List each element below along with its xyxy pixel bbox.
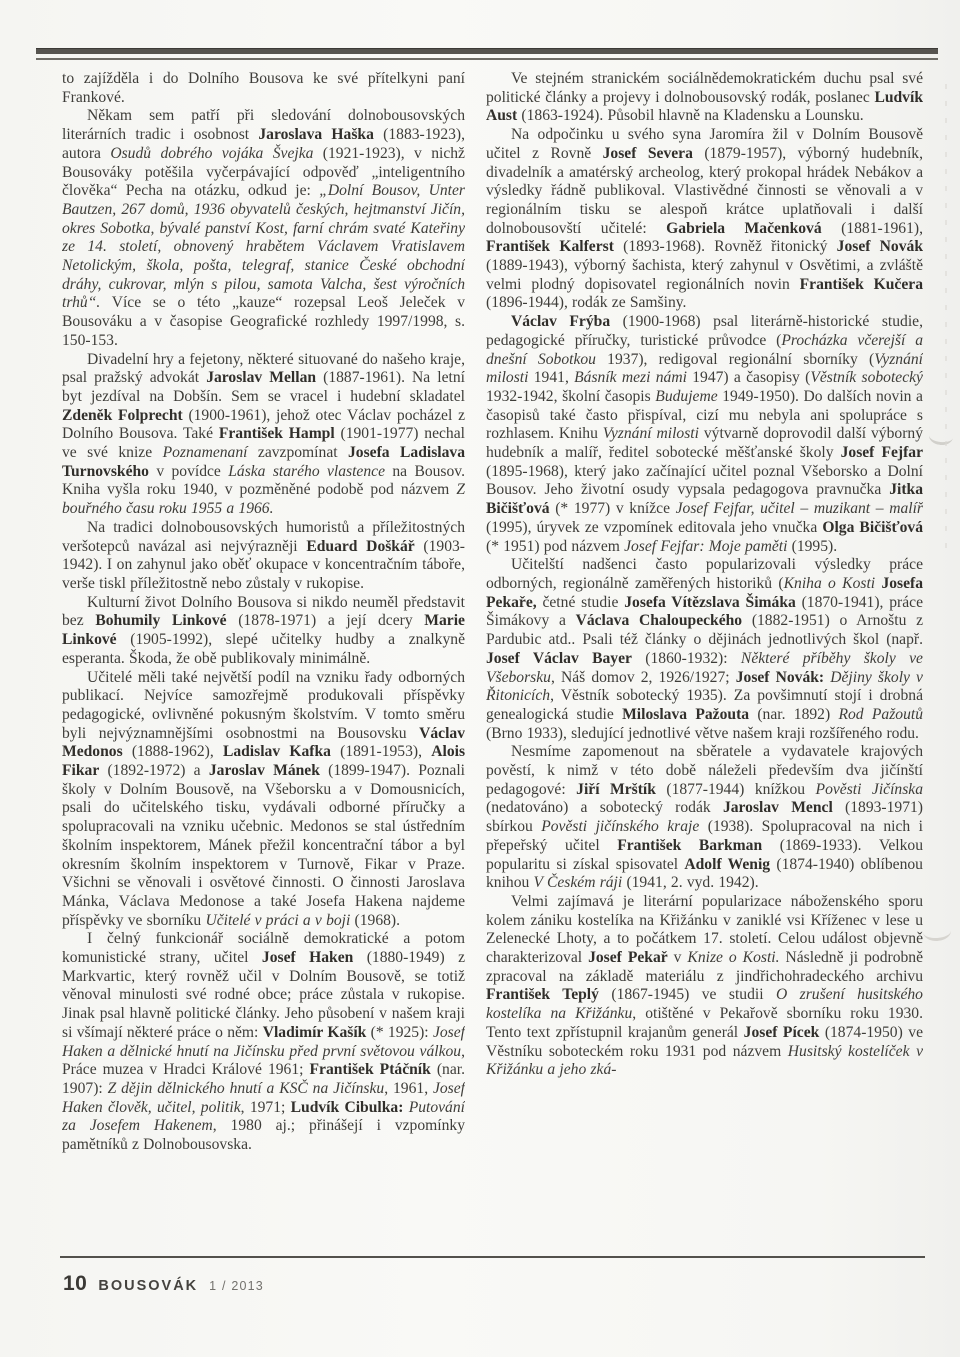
person-name: František Kučera: [800, 276, 923, 293]
person-name: Jaroslav Mencl: [723, 799, 833, 816]
paragraph: Václav Frýba (1900-1968) psal literárně-…: [486, 313, 923, 556]
page-footer: 10 BOUSOVÁK 1 / 2013: [63, 1272, 264, 1296]
scan-artifact: [922, 921, 951, 942]
right-column: Ve stejném stranickém sociálnědemokratic…: [486, 70, 923, 1252]
body-text: (1896-1944), rodák ze Samšiny.: [486, 294, 686, 311]
body-text: zavzpomínat: [247, 444, 348, 461]
work-title: Vyznání milosti: [603, 425, 699, 442]
person-name: Václav Frýba: [511, 313, 610, 330]
person-name: František Teplý: [486, 986, 599, 1003]
work-title: Josef Fejfar: Moje paměti: [624, 538, 787, 555]
person-name: František Ptáčník: [310, 1061, 431, 1078]
person-name: Josef Fejfar: [841, 444, 923, 461]
person-name: Olga Bičišťová: [822, 519, 923, 536]
body-text: , Náš domov 2, 1926/1927;: [551, 669, 736, 686]
work-title: V Českém ráji: [534, 874, 623, 891]
left-column: to zajížděla i do Dolního Bousova ke své…: [62, 70, 465, 1252]
body-text: 1941,: [528, 369, 574, 386]
person-name: Gabriela Mačenková: [666, 220, 821, 237]
body-text: (1941, 2. vyd. 1942).: [622, 874, 758, 891]
body-text: (1968).: [350, 912, 400, 929]
person-name: Jiří Mrštík: [576, 781, 656, 798]
work-title: Knize o Kosti.: [687, 949, 779, 966]
person-name: Eduard Doškář: [306, 538, 414, 555]
body-text: četné studie: [537, 594, 625, 611]
person-name: Josef Severa: [603, 145, 693, 162]
magazine-title: BOUSOVÁK: [98, 1278, 198, 1294]
paragraph: I čelný funkcionář sociálně demokratické…: [62, 930, 465, 1154]
body-text: (1860-1932):: [632, 650, 741, 667]
paragraph: Na tradici dolnobousovských humoristů a …: [62, 519, 465, 594]
work-title: Láska starého vlastence: [228, 463, 385, 480]
work-title: Osudů dobrého vojáka Švejka: [110, 145, 313, 162]
person-name: Josef Václav Bayer: [486, 650, 632, 667]
work-title: Pověsti Jičínska: [816, 781, 923, 798]
paragraph: Kulturní život Dolního Bousova si nikdo …: [62, 594, 465, 669]
person-name: Zdeněk Folprecht: [62, 407, 183, 424]
person-name: Ladislav Kafka: [223, 743, 331, 760]
person-name: Jaroslava Haška: [258, 126, 374, 143]
scan-artifact: [945, 84, 947, 554]
paragraph: Divadelní hry a fejetony, některé situov…: [62, 351, 465, 519]
body-text: 1937), redigoval regionální sborníky (: [596, 351, 874, 368]
body-text: (1995).: [787, 538, 837, 555]
person-name: Josefa Vítězslava Šimáka: [624, 594, 796, 611]
body-text: (1995), úryvek ze vzpomínek editovala je…: [486, 519, 822, 536]
body-text: Více se o této „kauze“ rozepsal Leoš Jel…: [62, 294, 465, 348]
body-text: (* 1925):: [366, 1024, 433, 1041]
paragraph: to zajížděla i do Dolního Bousova ke své…: [62, 70, 465, 107]
person-name: Josef Novák:: [736, 669, 824, 686]
body-text: Ve stejném stranickém sociálnědemokratic…: [486, 70, 923, 106]
work-title: Budujeme: [655, 388, 717, 405]
body-text: (1895-1968), který jako začínající učite…: [486, 463, 923, 499]
body-text: 1947) a časopisy (: [687, 369, 810, 386]
article-body: to zajížděla i do Dolního Bousova ke své…: [62, 70, 923, 1252]
person-name: Vladimír Kašík: [263, 1024, 367, 1041]
body-text: (1893-1968). Rovněž řitonický: [614, 238, 837, 255]
paragraph: Někam sem patří při sledování dolnobouso…: [62, 107, 465, 350]
body-text: (nedatováno) a sobotecký rodák: [486, 799, 723, 816]
work-title: Rod Pažoutů: [838, 706, 923, 723]
header-rule-thin: [36, 58, 938, 60]
body-text: (1877-1944) knížkou: [656, 781, 816, 798]
body-text: (* 1951) pod názvem: [486, 538, 624, 555]
person-name: Bohumily Linkové: [95, 612, 226, 629]
body-text: (1905-1992), slepé učitelky hudby a znal…: [62, 631, 465, 667]
body-text: (Brno 1933), sledující jednotlivé větve …: [486, 725, 919, 742]
magazine-page: to zajížděla i do Dolního Bousova ke své…: [0, 0, 960, 1357]
body-text: Učitelé měli také největší podíl na vzni…: [62, 669, 465, 742]
paragraph: Velmi zajímavá je literární popularizace…: [486, 893, 923, 1080]
person-name: Josef Pekař: [588, 949, 668, 966]
paragraph: Ve stejném stranickém sociálnědemokratic…: [486, 70, 923, 126]
header-rule-thick: [36, 48, 938, 54]
person-name: Adolf Wenig: [684, 856, 770, 873]
body-text: (* 1977) v knížce: [550, 500, 676, 517]
body-text: (1892-1972) a: [99, 762, 209, 779]
header-double-rule: [36, 48, 938, 60]
work-title: Učitelé v práci a v boji: [205, 912, 350, 929]
paragraph: Učitelští nadšenci často popularizovali …: [486, 556, 923, 743]
person-name: František Hampl: [219, 425, 335, 442]
body-text: 1932-1942, školní časopis: [486, 388, 655, 405]
paragraph: Nesmíme zapomenout na sběratele a vydava…: [486, 743, 923, 893]
person-name: Miloslava Pažouta: [622, 706, 749, 723]
work-title: Z dějin dělnického hnutí a KSČ na Jičíns…: [108, 1080, 385, 1097]
work-title: „Dolní Bousov, Unter Bautzen, 267 domů, …: [62, 182, 465, 311]
body-text: (1899-1947). Poznali školy v Dolním Bous…: [62, 762, 465, 929]
person-name: František Kalferst: [486, 238, 614, 255]
person-name: Jaroslav Mánek: [209, 762, 320, 779]
page-number: 10: [63, 1272, 87, 1296]
work-title: Pověsti jičínského kraje: [541, 818, 699, 835]
body-text: (1867-1945) ve studii: [599, 986, 776, 1003]
person-name: Josef Haken: [262, 949, 353, 966]
body-text: (1881-1961),: [822, 220, 923, 237]
person-name: Josef Novák: [837, 238, 923, 255]
footer-rule: [60, 1256, 925, 1258]
issue-number: 1 / 2013: [209, 1279, 264, 1293]
body-text: , 1961,: [384, 1080, 433, 1097]
person-name: Josef Pícek: [744, 1024, 820, 1041]
body-text: , 1971;: [241, 1099, 291, 1116]
body-text: (1878-1971) a její dcery: [227, 612, 425, 629]
body-text: (1891-1953),: [331, 743, 431, 760]
body-text: to zajížděla i do Dolního Bousova ke své…: [62, 70, 465, 106]
work-title: Věstník sobotecký: [810, 369, 923, 386]
person-name: Jaroslav Mellan: [206, 369, 316, 386]
work-title: Kniha o Kosti: [784, 575, 875, 592]
body-text: (nar. 1892): [749, 706, 838, 723]
person-name: Václava Chaloupeckého: [576, 612, 743, 629]
paragraph: Na odpočinku u svého syna Jaromíra žil v…: [486, 126, 923, 313]
body-text: (1863-1924). Působil hlavně na Kladensku…: [517, 107, 864, 124]
body-text: v povídce: [149, 463, 228, 480]
body-text: v: [668, 949, 688, 966]
scan-artifact: [928, 427, 954, 446]
work-title: Josef Fejfar, učitel – muzikant – malíř: [676, 500, 923, 517]
work-title: Básník mezi námi: [574, 369, 687, 386]
person-name: Ludvík Cibulka:: [291, 1099, 404, 1116]
body-text: (1888-1962),: [123, 743, 223, 760]
person-name: František Barkman: [617, 837, 762, 854]
paragraph: Učitelé měli také největší podíl na vzni…: [62, 669, 465, 931]
work-title: Poznamenaní: [163, 444, 248, 461]
